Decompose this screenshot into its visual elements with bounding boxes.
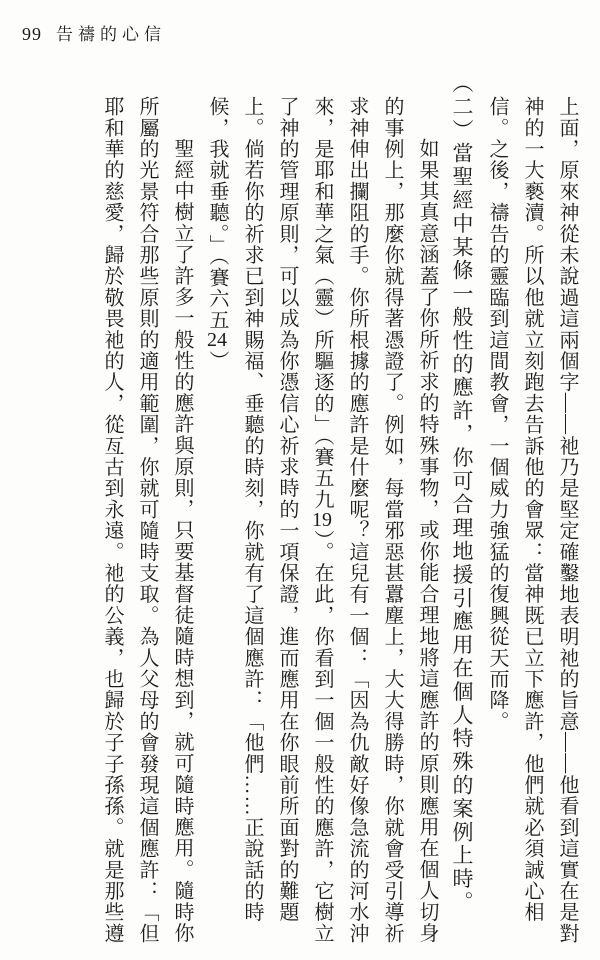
section-heading: （二）當聖經中某條一般性的應許，你可合理地援引應用在個人特殊的案例上時。 bbox=[444, 96, 479, 946]
running-head: 99 告禱的心信 bbox=[22, 20, 166, 45]
paragraph-continued-from-previous-page: 上面，原來神從未說過這兩個字——祂乃是堅定確鑿地表明祂的旨意——他看到這實在是對… bbox=[479, 96, 584, 946]
page-body: 上面，原來神從未說過這兩個字——祂乃是堅定確鑿地表明祂的旨意——他看到這實在是對… bbox=[12, 96, 584, 946]
book-title: 告禱的心信 bbox=[56, 20, 166, 45]
book-page: 99 告禱的心信 上面，原來神從未說過這兩個字——祂乃是堅定確鑿地表明祂的旨意—… bbox=[0, 0, 600, 960]
paragraph: 聖經中樹立了許多一般性的應許與原則，只要基督徒隨時想到，就可隨時應用。隨時你所屬… bbox=[94, 96, 199, 946]
page-number: 99 bbox=[22, 24, 42, 45]
paragraph: 如果其真意涵蓋了你所祈求的特殊事物，或你能合理地將這應許的原則應用在個人切身的事… bbox=[199, 96, 444, 946]
